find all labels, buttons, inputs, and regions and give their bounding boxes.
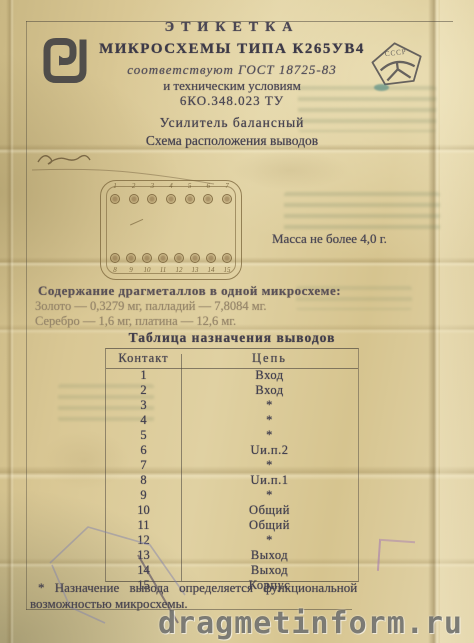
- pin-row-top: [110, 194, 232, 204]
- pin-number: 8: [106, 473, 181, 488]
- table-row: 7*: [106, 458, 358, 473]
- pin-number: 1: [106, 368, 181, 383]
- metals-line-gold-palladium: Золото — 0,3279 мг, палладий — 7,8084 мг…: [35, 299, 266, 314]
- bleed-through-text: [284, 192, 440, 236]
- device-function-line: Усилитель балансный: [20, 115, 444, 131]
- pin-number: 7: [106, 458, 181, 473]
- circuit-name: *: [181, 428, 358, 443]
- pin-circle: [166, 194, 176, 204]
- pin-circle: [142, 253, 152, 263]
- pin-scheme-heading: Схема расположения выводов: [20, 133, 444, 149]
- table-row: 2Вход: [106, 383, 358, 398]
- circuit-name: Uи.п.1: [181, 473, 358, 488]
- metals-heading: Содержание драгметаллов в одной микросхе…: [38, 283, 341, 299]
- pin-circle: [110, 194, 120, 204]
- pin-circle: [222, 253, 232, 263]
- table-row: 4*: [106, 413, 358, 428]
- stamp-fragment: [377, 539, 415, 573]
- label-frame-left: [26, 21, 27, 610]
- circuit-name: Uи.п.2: [181, 443, 358, 458]
- pin-circle: [206, 253, 216, 263]
- pin-number: 3: [106, 398, 181, 413]
- table-row: 1Вход: [106, 368, 358, 383]
- pin-circle: [126, 253, 136, 263]
- table-row: 8Uи.п.1: [106, 473, 358, 488]
- footnote-line1: * Назначение вывода определяется функцио…: [38, 580, 357, 596]
- chip-type-line: МИКРОСХЕМЫ ТИПА К265УВ4: [20, 41, 444, 58]
- column-header-circuit: Цепь: [181, 351, 358, 366]
- pin-numbers-bottom: 89101112131415: [110, 266, 232, 274]
- paper-edge-band: [440, 0, 474, 643]
- metals-line-silver-platinum: Серебро — 1,6 мг, платина — 12,6 мг.: [35, 314, 236, 329]
- table-row: 3*: [106, 398, 358, 413]
- column-header-contact: Контакт: [106, 351, 181, 366]
- pin-numbers-top: 1234567: [110, 182, 232, 190]
- pin-circle: [222, 194, 232, 204]
- pin-row-bottom: [110, 253, 232, 263]
- ink-smudge: [374, 84, 389, 91]
- table-row: 5*: [106, 428, 358, 443]
- pin-number: 5: [106, 428, 181, 443]
- pin-circle: [203, 194, 213, 204]
- pin-circle: [129, 194, 139, 204]
- paper-edge: [6, 0, 14, 643]
- circuit-name: *: [181, 458, 358, 473]
- circuit-name: *: [181, 398, 358, 413]
- circuit-name: Вход: [181, 368, 358, 383]
- pin-circle: [174, 253, 184, 263]
- page-title: ЭТИКЕТКА: [20, 20, 444, 36]
- table-header: Контакт Цепь: [106, 349, 358, 369]
- circuit-name: Вход: [181, 383, 358, 398]
- tu-number-line: 6КО.348.023 ТУ: [20, 93, 444, 109]
- table-row: 6Uи.п.2: [106, 443, 358, 458]
- pin-circle: [147, 194, 157, 204]
- gost-conformance-line: соответствуют ГОСТ 18725-83: [20, 62, 444, 78]
- chip-pinout-diagram: 1234567 89101112131415: [100, 180, 242, 280]
- pin-circle: [110, 253, 120, 263]
- pin-circle: [158, 253, 168, 263]
- table-title: Таблица назначения выводов: [20, 330, 444, 346]
- paper-stain: [230, 150, 350, 190]
- watermark-text: dragmetinform.ru: [158, 606, 463, 641]
- pin-number: 4: [106, 413, 181, 428]
- pin-circle: [190, 253, 200, 263]
- mass-note: Масса не более 4,0 г.: [272, 231, 387, 247]
- scanned-label-page: СССР ЭТИКЕТКА МИКРОСХЕМЫ ТИПА К265УВ4 со…: [0, 0, 474, 643]
- pin-number: 6: [106, 443, 181, 458]
- circuit-name: *: [181, 413, 358, 428]
- pin-circle: [185, 194, 195, 204]
- pin-number: 2: [106, 383, 181, 398]
